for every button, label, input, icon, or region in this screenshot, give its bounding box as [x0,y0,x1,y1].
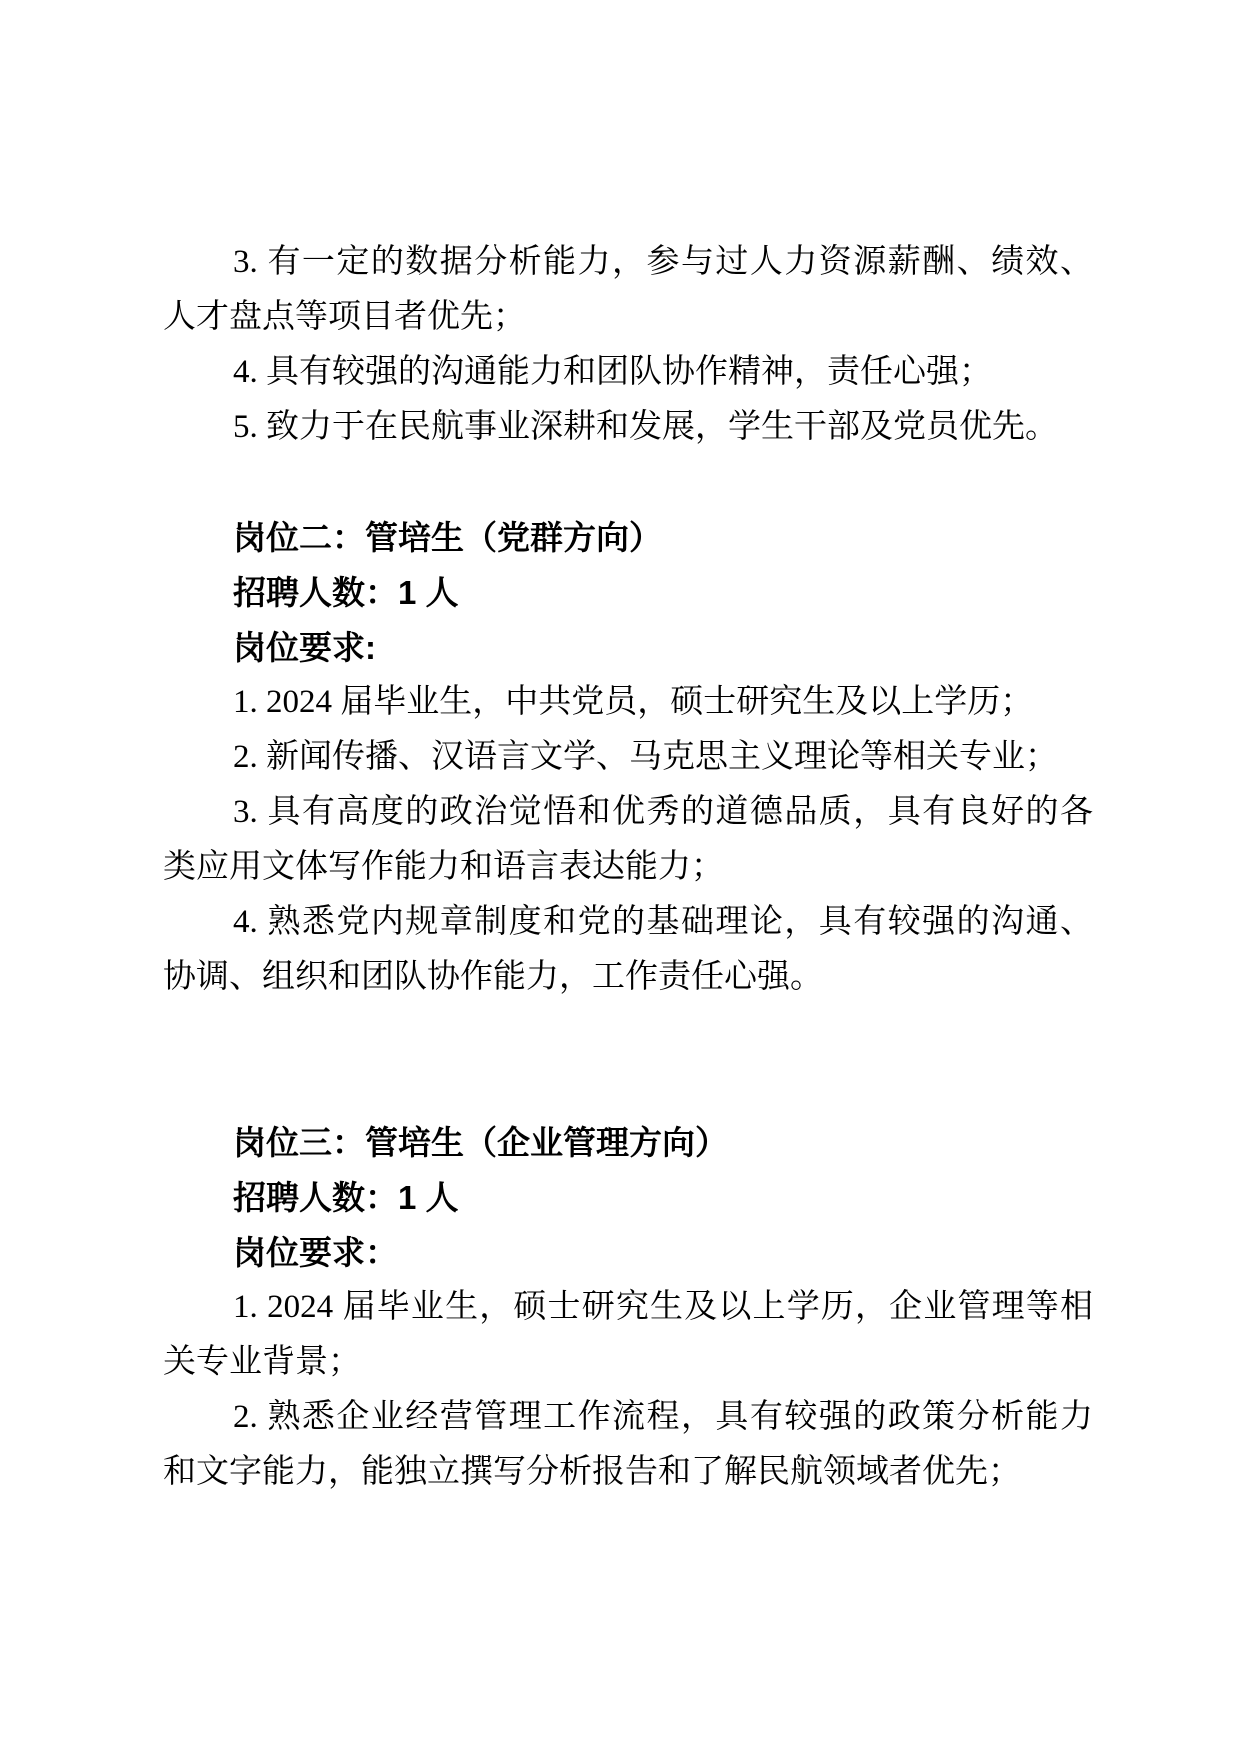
section-heading-line: 招聘人数：1 人 [163,1170,1093,1225]
blank-line [163,455,1093,510]
body-text-line: 2. 熟悉企业经营管理工作流程，具有较强的政策分析能力 [163,1390,1093,1445]
body-text-line: 4. 熟悉党内规章制度和党的基础理论，具有较强的沟通、 [163,895,1093,950]
body-text-line: 5. 致力于在民航事业深耕和发展，学生干部及党员优先。 [163,400,1093,455]
section-heading-line: 岗位三：管培生（企业管理方向） [163,1115,1093,1170]
body-text-line: 类应用文体写作能力和语言表达能力； [163,840,1093,895]
body-text-line: 3. 具有高度的政治觉悟和优秀的道德品质，具有良好的各 [163,785,1093,840]
body-text-line: 和文字能力，能独立撰写分析报告和了解民航领域者优先； [163,1445,1093,1500]
section-heading-line: 岗位二：管培生（党群方向） [163,510,1093,565]
section-heading-line: 招聘人数：1 人 [163,565,1093,620]
body-text-line: 人才盘点等项目者优先； [163,290,1093,345]
document-content: 3. 有一定的数据分析能力，参与过人力资源薪酬、绩效、人才盘点等项目者优先；4.… [163,235,1093,1500]
section-heading-line: 岗位要求： [163,1225,1093,1280]
section-heading-line: 岗位要求: [163,620,1093,675]
body-text-line: 3. 有一定的数据分析能力，参与过人力资源薪酬、绩效、 [163,235,1093,290]
body-text-line: 2. 新闻传播、汉语言文学、马克思主义理论等相关专业； [163,730,1093,785]
document-page: 3. 有一定的数据分析能力，参与过人力资源薪酬、绩效、人才盘点等项目者优先；4.… [0,0,1241,1754]
body-text-line: 4. 具有较强的沟通能力和团队协作精神，责任心强； [163,345,1093,400]
body-text-line: 关专业背景； [163,1335,1093,1390]
body-text-line: 1. 2024 届毕业生，中共党员，硕士研究生及以上学历； [163,675,1093,730]
body-text-line: 1. 2024 届毕业生，硕士研究生及以上学历，企业管理等相 [163,1280,1093,1335]
blank-line [163,1060,1093,1115]
body-text-line: 协调、组织和团队协作能力，工作责任心强。 [163,950,1093,1005]
blank-line [163,1005,1093,1060]
